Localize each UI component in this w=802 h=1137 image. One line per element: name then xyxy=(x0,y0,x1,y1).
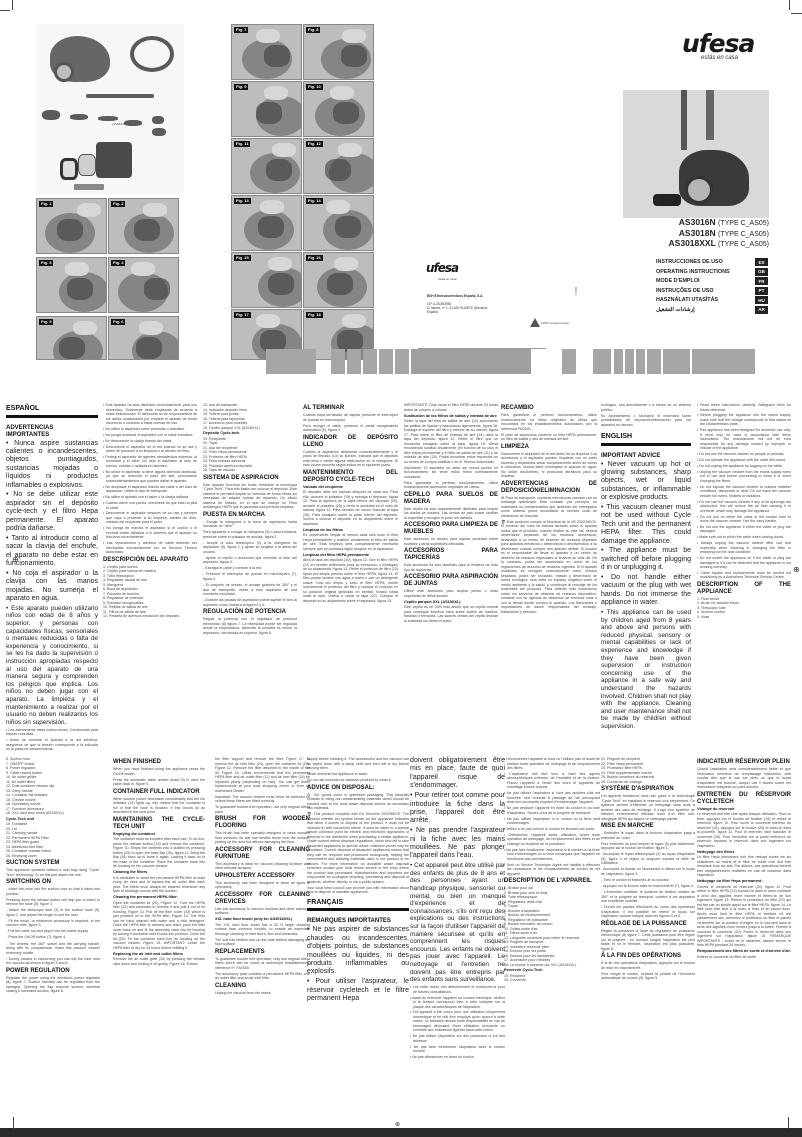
paragraph: À la fin des opérations d'aspiration, ap… xyxy=(601,961,695,970)
paragraph: supply before cleaning it. The accessori… xyxy=(307,757,409,771)
start-steps: - Emboîtez le tuyau dans la bouche d'asp… xyxy=(601,831,695,919)
container-illustration xyxy=(96,142,132,178)
registration-mark-icon: ⊕ xyxy=(395,1121,400,1128)
safety-item: • Este aparato ha sido diseñado exclusiv… xyxy=(103,403,197,426)
parts-list: 13. Asa de transporte14. Indicador depós… xyxy=(203,403,297,430)
safety-item: • Unplug the vacuum cleaner from the mai… xyxy=(697,470,791,484)
section-heading: ACCESORIOS PARA TAPICERÍAS xyxy=(404,548,498,562)
model-type: (TYPE C_AS05) xyxy=(718,241,769,248)
paragraph: This appliance operates without a dust b… xyxy=(6,868,100,877)
section-heading: DESCRIPTION DE L'APPAREIL xyxy=(504,878,600,885)
figure-photo: Fig. 13 xyxy=(231,195,302,251)
safety-item: • Déconnectez l'appareil si vous ne l'ut… xyxy=(504,757,600,771)
parts-list: 21. Poignée du récipient22. Filtre Hepa … xyxy=(601,757,695,784)
safety-item: • Do not unplug the appliance by tugging… xyxy=(697,464,791,469)
col-francais-2: • Déconnectez l'appareil si vous ne l'ut… xyxy=(504,757,600,983)
safety-list: • Este aparato ha sido diseñado exclusiv… xyxy=(103,403,197,555)
paragraph: When you have finished using the applian… xyxy=(113,767,205,776)
paragraph: Este accesorio ha sido diseñado para la … xyxy=(404,563,498,572)
section-heading: LIMPIEZA xyxy=(501,444,597,451)
appliance-detail-illustration xyxy=(59,337,85,359)
language-badge: ES xyxy=(755,258,768,266)
figure-label: Fig. 10 xyxy=(306,84,323,90)
appliance-detail-illustration xyxy=(258,216,284,238)
warning-item: • This appliance can be used by children… xyxy=(601,609,691,731)
language-badge: HU xyxy=(755,296,768,304)
appliance-detail-illustration xyxy=(136,337,162,359)
warning-list: • Pour retirer tout comme pour introduir… xyxy=(410,792,505,984)
warning-item: • The appliance must be switched off bef… xyxy=(601,547,691,572)
col-english-5: the filter support and remove the filter… xyxy=(215,757,310,997)
paragraph: Remove the air outlet grille (10) by pre… xyxy=(113,957,205,966)
hepa-filter-illustration xyxy=(60,158,78,180)
col-english-6: supply before cleaning it. The accessori… xyxy=(307,757,409,1005)
appliance-detail-illustration xyxy=(341,45,367,67)
hand-illustration xyxy=(326,200,350,214)
warning-item: • Pour utiliser l'aspirateur, le réservo… xyxy=(307,978,409,1003)
paragraph: Desconecte el aspirador de la red antes … xyxy=(501,452,597,479)
sub-heading: Cleaning the filters xyxy=(113,870,205,875)
appliance-detail-illustration xyxy=(67,278,93,300)
appliance-detail-illustration xyxy=(325,159,351,181)
part-item: 26. Emptying cover xyxy=(6,854,100,859)
crop-mark xyxy=(13,1117,14,1129)
col-espanol-6: RECAMBIO Para garantizar el perfecto fun… xyxy=(501,403,597,616)
appliance-detail-illustration xyxy=(333,102,359,124)
step-item: - Extraiga el cable y conecte a la red. xyxy=(203,566,297,571)
section-heading: REPLACEMENTS xyxy=(215,949,310,956)
paragraph: Unplug the vacuum from the mains xyxy=(215,991,310,996)
sub-heading: Cleaning the permanent HEPA filter: xyxy=(113,895,205,900)
sub-heading: Depósito Cycle-tech xyxy=(203,431,297,436)
safety-item: • Always unplug the vacuum cleaner after… xyxy=(697,541,791,555)
paragraph: the filter support and remove the filter… xyxy=(215,757,310,793)
part-item: 20. Couvercle xyxy=(504,978,600,983)
section-heading: SUCTION SYSTEM xyxy=(6,860,100,867)
section-heading: MAINTAINING THE CYCLE-TECH UNIT xyxy=(113,817,205,831)
safety-item: • No ponga funcionar el aspirador con el… xyxy=(103,433,197,438)
figure-label: Fig. 2 xyxy=(111,201,125,207)
paragraph: Importante: El aspirador no debe ser nun… xyxy=(404,466,498,480)
part-item: 12. Pestaña de apertura extracción del d… xyxy=(103,614,197,619)
brand-logo: ufesa xyxy=(682,29,754,58)
center-tagline: estás en casa xyxy=(438,277,457,281)
section-heading: ACCESSORY FOR CLEANING FURNITURE xyxy=(215,847,310,861)
section-heading: WHEN FINISHED xyxy=(113,759,205,766)
figure-photo: Fig. 4 xyxy=(108,257,179,313)
safety-item: • Cable repairs and replacements must be… xyxy=(697,571,791,580)
hand-illustration xyxy=(73,321,97,335)
sub-heading: Replacing the air inlet and outlet filte… xyxy=(113,952,205,957)
safety-item: • Do not switch the appliance on if the … xyxy=(697,556,791,570)
deposit-parts-list: 19. Recipiente20. Tapa21. Asa del recipi… xyxy=(203,437,297,473)
language-badges: ESGBFRPTHUAR xyxy=(755,258,768,316)
color-bar xyxy=(411,349,531,374)
figure-label: Fig. 16 xyxy=(306,255,323,261)
paragraph: Regulate the power using the electronic … xyxy=(6,976,100,994)
warning-list: • Ne pas aspirer de substances chaudes o… xyxy=(307,926,409,1003)
figure-photo: Fig. 6 xyxy=(108,316,179,360)
color-bar xyxy=(347,349,361,374)
warning-item: • No se debe utilizar este aspirador sin… xyxy=(6,491,98,533)
figure-label: Fig. 4 xyxy=(111,260,125,266)
wheel-illustration xyxy=(685,176,713,204)
model-type: (TYPE C_AS05) xyxy=(718,220,769,227)
step-item: - Presione el interruptor de puesta en m… xyxy=(203,572,297,581)
figure-photo: Fig. 8 xyxy=(303,24,374,80)
step-item: Pressing down the release button will he… xyxy=(6,898,100,907)
language-list: INSTRUCCIONES DE USOOPERATING INSTRUCTIO… xyxy=(656,258,730,316)
warning-item: • Ne pas prendre l'aspirateur ni la fich… xyxy=(410,827,505,861)
figure-photo: Fig. 5 xyxy=(36,316,107,360)
paragraph: Important: The vacuum cleaner must never… xyxy=(215,795,310,804)
hand-illustration xyxy=(330,86,354,100)
paragraph: Cuando haya terminado de aspirar presion… xyxy=(303,413,398,422)
bottom-bar xyxy=(0,1128,802,1137)
col-francais-3: 21. Poignée du récipient22. Filtre Hepa … xyxy=(601,757,695,982)
paragraph: This accessory is ideal for vacuum clean… xyxy=(215,862,310,871)
hand-illustration xyxy=(334,257,358,271)
paragraph: Press the automatic cable rewind pedal (… xyxy=(113,778,205,787)
hand-illustration xyxy=(256,29,280,43)
safety-item: • Seul un Service Technique Agréé est ha… xyxy=(504,863,600,877)
model-name: AS3018XXL xyxy=(669,238,716,248)
sub-heading: Limpieza de los filtros xyxy=(303,528,398,533)
model-type: (TYPE C_AS05) xyxy=(718,231,769,238)
color-bar xyxy=(636,349,645,374)
section-heading: ADVERTENCIAS IMPORTANTES xyxy=(6,425,98,439)
paragraph: 🗑 Este producto cumple la Directiva de l… xyxy=(501,520,597,615)
paragraph: Regule la potencia con el regulador de p… xyxy=(203,617,297,635)
paragraph: This brush has been specially designed t… xyxy=(215,831,310,845)
parts-list: 1. Floor brush2. Brush for wooden floors… xyxy=(697,597,791,620)
col-francais-4: INDICATEUR RÉSERVOIR PLEIN Quand l'aspir… xyxy=(697,757,791,961)
safety-item: • Cuando cierre una puerta, cerciórese d… xyxy=(103,501,197,510)
registration-mark-icon: ⊕ xyxy=(793,565,800,574)
sub-heading: Remplacement des filtres de sortie et d'… xyxy=(697,949,791,954)
warning-item: • Ne pas aspirer de substances chaudes o… xyxy=(307,926,409,976)
safety-list: • Lire cette notice très attentivement e… xyxy=(410,985,505,1059)
step-item: - Tirez le cordon et branchez-le au cour… xyxy=(601,878,695,883)
safety-item: • Desconecte el aspirador después de su … xyxy=(103,511,197,525)
col-espanol-3: 13. Asa de transporte14. Indicador depós… xyxy=(203,403,297,637)
hand-illustration xyxy=(338,143,362,157)
figure-photo: Fig. 11 xyxy=(231,138,302,194)
language-badge: PT xyxy=(755,287,768,295)
company-info: BSH Electrodomésticos España, S.A. CIF A… xyxy=(427,294,487,314)
figure-label: Fig. 18 xyxy=(306,312,323,318)
appliance-detail-illustration xyxy=(256,102,282,124)
safety-item: • Do not pull on either the cable or the… xyxy=(697,515,791,524)
paragraph-text: This product complies with EU Directive … xyxy=(307,812,409,884)
paragraph: The accessory pack contains a permanent … xyxy=(215,972,310,981)
safety-item: • Ne pas faire fonctionner l'aspirateur … xyxy=(504,848,600,862)
warning-item: • Tanto al introducir como al sacar la c… xyxy=(6,535,98,569)
company-country: España xyxy=(427,310,438,314)
tube-illustration xyxy=(681,90,687,150)
figure-photo: Fig. 16 xyxy=(303,252,374,308)
section-heading: DESCRIPTION OF THE APPLIANCE xyxy=(697,582,791,596)
paragraph: Open the container lid (20), Figure 12. … xyxy=(113,901,205,951)
section-heading: UPHOLSTERY ACCESSORY xyxy=(215,873,310,880)
furniture-accessory-illustration xyxy=(152,128,166,136)
paragraph: Para recoger el cable, presione el pedal… xyxy=(303,424,398,433)
paragraph-text: Este producto cumple la Directiva de la … xyxy=(501,520,597,614)
upholstery-nozzle-illustration xyxy=(152,116,164,124)
paragraph: ecológico, sea directamente o a través d… xyxy=(601,403,691,412)
hand-illustration xyxy=(256,314,280,328)
col-espanol-2: • Este aparato ha sido diseñado exclusiv… xyxy=(103,403,197,619)
color-bar xyxy=(266,349,316,374)
paragraph: Cet appareil fonctionne sans sac grâce à… xyxy=(601,794,695,821)
appliance-detail-illustration xyxy=(134,219,160,241)
model-name: AS3018N xyxy=(679,228,716,238)
section-heading: POWER REGULATION xyxy=(6,968,100,975)
hand-illustration xyxy=(77,203,101,217)
parts-list: 1. Brosse pour sol2. Brosse pour sols en… xyxy=(504,886,600,967)
warning-item: • This vacuum cleaner must not be used w… xyxy=(601,504,691,546)
paragraph: Cuando la aspiración descienda considera… xyxy=(303,450,398,468)
product-photo xyxy=(623,90,769,218)
section-heading: REGULACIÓN DE POTENCIA xyxy=(203,609,297,616)
recycled-paper-note: 100% recycled paper xyxy=(541,321,569,325)
sub-heading: Nettoyage du filtre Hepa permanent : xyxy=(697,879,791,884)
appliance-detail-illustration xyxy=(335,216,361,238)
language-badge: GB xyxy=(755,268,768,276)
figure-label: Fig. 7 xyxy=(234,27,248,33)
paragraph: Para garantizar el perfecto funcionamien… xyxy=(404,481,498,490)
section-heading: MANTENIMIENTO DEL DEPOSITO CYCLE-TECH xyxy=(303,470,398,484)
step-item: - Attach the telescopic tube (3) to the … xyxy=(6,908,100,917)
safety-item: • Ne pas utiliser l'aspirateur sur des p… xyxy=(410,1034,505,1043)
figure-photo: Fig. 3 xyxy=(36,257,107,313)
hand-illustration xyxy=(260,200,284,214)
brush-illustration xyxy=(653,194,681,206)
col-english-2: • Read these instructions carefully. Saf… xyxy=(697,403,791,619)
col-espanol-4: AL TERMINAR Cuando haya terminado de asp… xyxy=(303,403,398,605)
figure-photo: Fig. 9 xyxy=(231,81,302,137)
step-item: - Encaje la manguera a la boca de aspira… xyxy=(203,520,297,529)
step-item: - Durante las pausas de aspiración puede… xyxy=(203,598,297,607)
step-item: - Fit the brush, or whichever accessory … xyxy=(6,919,100,928)
manual-page: ⊕ ⊕ ⊕ (AS18XXL) Fig. 1Fig. 2Fig. 3Fig. 4… xyxy=(0,0,802,1137)
hand-illustration xyxy=(342,314,366,328)
paragraph: To guarantee trouble free operation, onl… xyxy=(215,957,310,971)
step-item: - Insert the hose into the suction hole … xyxy=(6,887,100,896)
step-item: - The wheels, the 360° swivel and the ca… xyxy=(6,942,100,956)
safety-item: • No utilice el aparato con el cable o l… xyxy=(103,495,197,500)
figure-label: Fig. 13 xyxy=(234,198,251,204)
section-heading: CLEANING xyxy=(215,983,310,990)
paragraph: Retire la tapa del filtro de salida de a… xyxy=(404,419,498,464)
figure-label: Fig. 12 xyxy=(306,141,323,147)
safety-item: • Avant de brancher l'appareil au couran… xyxy=(410,996,505,1010)
hand-illustration xyxy=(268,257,292,271)
safety-item: • Ne pas débrancher en tirant du cordon. xyxy=(410,1055,505,1060)
figure-label: Fig. 15 xyxy=(234,255,251,261)
step-item: - Emboîtez le tuyau dans la bouche d'asp… xyxy=(601,831,695,840)
hose-illustration xyxy=(706,90,714,140)
paragraph: Réglez la puissance à l'aide du régulate… xyxy=(601,929,695,952)
paragraph: Este cepillo ha sido especialmente diseñ… xyxy=(404,507,498,521)
heading-rule xyxy=(601,443,691,446)
section-heading: RECAMBIO xyxy=(501,405,597,412)
paragraph: Le filtre Hepa permanent doit être netto… xyxy=(697,855,791,878)
safety-item: • No ponga en marcha el aspirador si el … xyxy=(103,526,197,540)
safety-item: • Do not use the vacuum cleaner if any o… xyxy=(697,500,791,514)
section-heading: RÉGLAGE DE LA PUISSANCE xyxy=(601,921,695,928)
company-name: BSH Electrodomésticos España, S.A. xyxy=(427,294,483,298)
hand-illustration xyxy=(131,262,155,276)
hand-illustration xyxy=(264,86,288,100)
step-item: - During pauses in vacuuming you can cli… xyxy=(6,957,100,966)
step-item: - Accouplez la brosse ou l'accessoire à … xyxy=(601,867,695,876)
section-heading: CONTAINER FULL INDICATOR xyxy=(113,789,205,796)
part-item: 18. La brosse à plancher dur XXL (AS18XX… xyxy=(504,963,600,968)
telescopic-tube-illustration xyxy=(86,94,154,98)
figure-label: Fig. 5 xyxy=(39,319,53,325)
reservoir-parts-list: 19. Récipient20. Couvercle xyxy=(504,974,600,983)
sub-heading: Nettoyage des filtres xyxy=(697,850,791,855)
section-heading: MISE EN MARCHE xyxy=(601,823,695,830)
document-code: 03/13 xyxy=(574,287,578,295)
language-badge: AR xyxy=(755,306,768,314)
section-heading: ACCESSORY FOR CLEANING CREVICES xyxy=(215,892,310,906)
warning-item: • Antes de conectar el aparato a la red … xyxy=(6,738,98,752)
paragraph-text: Our goods come in optimised packaging. T… xyxy=(307,793,409,811)
paragraph: When suction power decreases considerabl… xyxy=(113,797,205,815)
safety-item: • No desconecte la clavija tirando del c… xyxy=(103,439,197,444)
section-heading: ENTRETIEN DU RÉSERVOIR CYCLETECH xyxy=(697,792,791,806)
paragraph-text: Para su transporte, nuestras mercancías … xyxy=(501,496,597,518)
col-espanol-5: IMPORTANTE: Deje secar el filtro HEPA du… xyxy=(404,403,498,625)
color-bar xyxy=(331,349,345,374)
col-espanol-1: ESPAÑOL ADVERTENCIAS IMPORTANTES • Nunca… xyxy=(6,407,98,753)
safety-item: • Read these instructions carefully. Saf… xyxy=(697,403,791,412)
sub-heading: Limpieza del filtro HEPA permanente xyxy=(303,553,398,558)
hand-illustration xyxy=(342,29,366,43)
safety-item: • No utilice el aspirador si tiene algun… xyxy=(103,470,197,484)
safety-item: • No utilice el aspirador sobre personas… xyxy=(103,427,197,432)
section-heading: BRUSH FOR WOODEN FLOORING xyxy=(215,816,310,830)
center-logo: ufesa xyxy=(426,261,458,275)
paragraph: Abra la tapa del depósito (20), figura 1… xyxy=(303,558,398,603)
paragraph: ♻ Our goods come in optimised packaging.… xyxy=(307,793,409,811)
part-item: 26. Couvercle de vidange xyxy=(601,780,695,785)
paragraph: Este accesorio es idóneo para aspirar su… xyxy=(404,537,498,546)
safety-item: • Ne pas déplacer l'appareil en tirant d… xyxy=(504,806,600,815)
paragraph: Utilice este accesorio para aspirar junt… xyxy=(404,589,498,598)
sub-heading: Vaciado del recipiente xyxy=(303,485,398,490)
step-item: - Durant les pauses effectuées au cours … xyxy=(601,905,695,919)
figure-photo: Fig. 7 xyxy=(231,24,302,80)
crop-mark xyxy=(789,0,790,10)
crop-mark xyxy=(791,13,802,14)
figure-photo: Fig. 14 xyxy=(303,195,374,251)
section-heading: REMARQUES IMPORTANTES xyxy=(307,918,409,925)
color-bar xyxy=(363,349,377,374)
color-bar xyxy=(663,349,690,374)
paragraph: The container must be emptied after each… xyxy=(113,837,205,869)
section-heading: PUESTA EN MARCHA xyxy=(203,512,297,519)
floor-brush-illustration xyxy=(42,110,60,120)
wheelie-bin-crossed-icon: 🗑 xyxy=(307,812,314,816)
step-item: Pour emboîter ou pour enlever le tuyau (… xyxy=(601,842,695,851)
recycle-triangle-icon xyxy=(530,318,540,327)
paragraph: Para garantizar el perfecto funcionamien… xyxy=(501,413,597,431)
col-english-4: WHEN FINISHED When you have finished usi… xyxy=(113,757,205,968)
paragraph: Quand l'aspiration sera considérablement… xyxy=(697,767,791,790)
warning-list: • Never vacuum up hot or glowing substan… xyxy=(601,461,691,731)
crop-mark xyxy=(788,1117,789,1129)
hose-illustration xyxy=(130,36,174,72)
safety-item: • L'aspirateur doit être tenu à l'abri d… xyxy=(504,772,600,790)
paragraph: El pack de accesorios contiene un filtro… xyxy=(501,433,597,442)
warning-list: • Nunca aspire sustancias calientes o in… xyxy=(6,440,98,752)
safety-item: • This appliance has been designed for d… xyxy=(697,428,791,451)
section-heading: ACCESORIO PARA ASPIRACIÓN DE JUNTAS xyxy=(404,574,498,588)
paragraph: This accessory has been designed to clea… xyxy=(215,881,310,890)
crop-mark xyxy=(12,0,13,10)
model-name: AS3016N xyxy=(679,217,716,227)
color-bar xyxy=(562,349,576,374)
col-francais-1: doivent obligatoirement être mis en plac… xyxy=(410,757,505,1061)
safety-item: • No desplazar el aspirador tirando del … xyxy=(103,485,197,494)
section-heading: INDICATEUR RÉSERVOIR PLEIN xyxy=(697,759,791,766)
warning-item: • Pour retirer tout comme pour introduir… xyxy=(410,792,505,826)
safety-item: • Débranchez l'appareil après utilisatio… xyxy=(504,833,600,847)
safety-item: • Ne pas faire fonctionner l'aspirateur … xyxy=(410,1045,505,1054)
part-item: 26. Tapa de vaciado xyxy=(203,468,297,473)
sub-heading: Cepillo parquet XXL (AS18XXL) xyxy=(404,600,498,605)
language-label: OPERATING INSTRUCTIONS xyxy=(656,268,730,278)
section-heading: ADVERTENCIAS DE DEPOSICIÓN/ELIMINACION xyxy=(501,481,597,495)
section-heading: SYSTÈME D'ASPIRATION xyxy=(601,786,695,793)
paragraph: ♻ Para su transporte, nuestras mercancía… xyxy=(501,496,597,519)
wood-brush-illustration xyxy=(70,114,88,120)
warning-item: • Este aparato pueden utilizarlo niños c… xyxy=(6,605,98,727)
xxl-brush-illustration xyxy=(98,116,118,121)
safety-item: • Las reparaciones y cambios de cable de… xyxy=(103,541,197,555)
wheel-illustration xyxy=(54,62,74,82)
sub-heading: Cycle-Tech unit xyxy=(6,817,100,822)
section-heading: SISTEMA DE ASPIRACION xyxy=(203,475,297,482)
color-bar xyxy=(647,349,661,374)
step-item: - Appuyez sur le bouton mise en marche/a… xyxy=(601,884,695,889)
safety-item: • Veillez à ne pas coincer le cordon en … xyxy=(504,827,600,832)
safety-item: • Do not use the appliance if either the… xyxy=(697,525,791,534)
hand-illustration xyxy=(65,262,89,276)
heading-rule xyxy=(6,415,98,418)
appliance-detail-illustration xyxy=(144,278,170,300)
sub-heading: Réservoir Cycle-Tech xyxy=(504,968,600,973)
language-label: INSTRUÇÕES DE USO xyxy=(656,287,730,297)
language-heading-fr: FRANÇAIS xyxy=(307,901,409,906)
paragraph: Never immerse the appliance in water. xyxy=(307,772,409,777)
appliance-detail-illustration xyxy=(266,159,292,181)
language-heading-en: ENGLISH xyxy=(601,435,691,440)
figure-photo: Fig. 12 xyxy=(303,138,374,194)
paragraph: It is advisable to clean the permanent H… xyxy=(113,876,205,894)
warning-item: • Nunca aspire sustancias calientes o in… xyxy=(6,440,98,490)
paragraph: Do not use solvents nor abrasive product… xyxy=(307,778,409,783)
paragraph: Es conveniente limpiar al menos cada sei… xyxy=(303,533,398,551)
step-item: - Accouplez le tuyau télescopique (3) au… xyxy=(601,852,695,866)
warning-item: doivent obligatoirement être mis en plac… xyxy=(410,757,505,791)
hand-illustration xyxy=(143,203,167,217)
parts-note: (AS18XXL) xyxy=(112,122,127,126)
language-label: HASZNÁLATI UTASÍTÁS xyxy=(656,296,730,306)
